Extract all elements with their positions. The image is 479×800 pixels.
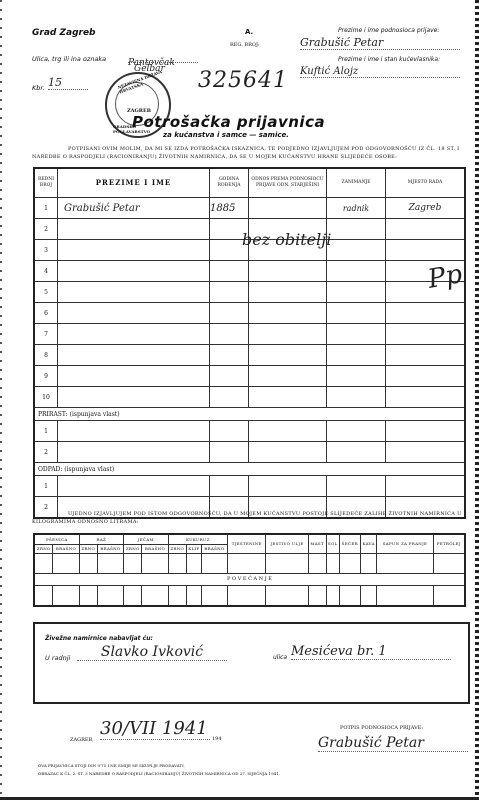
- sub-flour: BRAŠNO: [97, 544, 123, 553]
- col-soap: SAPUN ZA PRANJE: [377, 534, 433, 553]
- person-occupation[interactable]: radnik: [327, 198, 386, 219]
- supply-cell[interactable]: [186, 585, 201, 606]
- supply-cell[interactable]: [433, 553, 465, 573]
- applicant-field[interactable]: Grabušić Petar: [300, 36, 460, 50]
- group-corn: KUKURUZ: [168, 534, 227, 544]
- sub-grain: ZRNO: [168, 544, 186, 553]
- col-pasta: TJESTENINE: [228, 534, 266, 553]
- house-number-label: Kbr.: [32, 84, 45, 92]
- person-birth-year[interactable]: [210, 421, 249, 442]
- supply-cell[interactable]: [142, 585, 168, 606]
- street-label: Ulica, trg ili ina oznaka: [32, 55, 106, 63]
- sub-flour: BRAŠNO: [201, 544, 227, 553]
- person-occupation[interactable]: [327, 261, 386, 282]
- row-number: 1: [34, 421, 58, 442]
- applicant-label: Prezime i ime podnosioca prijave:: [338, 27, 439, 34]
- person-occupation[interactable]: [327, 421, 386, 442]
- person-workplace[interactable]: [386, 345, 466, 366]
- supplies-increase-row: [34, 585, 465, 606]
- table-row: 2: [34, 442, 465, 463]
- person-workplace[interactable]: [386, 421, 466, 442]
- col-salt: SOL: [326, 534, 339, 553]
- person-workplace[interactable]: [386, 442, 466, 463]
- person-workplace[interactable]: [386, 303, 466, 324]
- col-lard: MAST: [308, 534, 326, 553]
- person-occupation[interactable]: [327, 240, 386, 261]
- signature-label: POTPIS PODNOSIOCA PRIJAVE:: [340, 725, 423, 731]
- sub-grain: ZRNO: [79, 544, 97, 553]
- prirast-section-header: PRIRAST: (ispunjava vlast): [34, 408, 465, 421]
- person-workplace[interactable]: [386, 387, 466, 408]
- shop-section: Živežne namirnice nabavljat ću: U radnji…: [33, 622, 470, 704]
- row-number: 10: [34, 387, 58, 408]
- row-number: 2: [34, 442, 58, 463]
- person-workplace[interactable]: [386, 240, 466, 261]
- supplies-intro-text: UJEDNO IZJAVLJUJEM POD ISTOM ODGOVORNOŠĆ…: [32, 510, 466, 526]
- persons-table: REDNI BROJ PREZIME I IME GODINA ROĐENJA …: [33, 167, 466, 519]
- person-relation[interactable]: [249, 387, 327, 408]
- supply-cell[interactable]: [377, 585, 433, 606]
- house-number-value[interactable]: 15: [48, 76, 88, 90]
- header-name: PREZIME I IME: [58, 168, 210, 198]
- row-number: 1: [34, 198, 58, 219]
- supply-cell[interactable]: [168, 585, 186, 606]
- person-relation[interactable]: [249, 261, 327, 282]
- reg-number-label: REG. BROJ:: [230, 42, 259, 48]
- supply-cell[interactable]: [97, 585, 123, 606]
- person-workplace[interactable]: Zagreb: [386, 198, 466, 219]
- person-name[interactable]: [58, 421, 210, 442]
- form-title: Potrošačka prijavnica: [132, 113, 325, 131]
- city-heading: Grad Zagreb: [32, 28, 96, 38]
- table-row: 1: [34, 421, 465, 442]
- street-field[interactable]: Pantovčak: [128, 50, 198, 63]
- supply-cell[interactable]: [228, 553, 266, 573]
- person-workplace[interactable]: [386, 219, 466, 240]
- group-rye: RAŽ: [79, 534, 123, 544]
- person-relation[interactable]: [249, 476, 327, 497]
- person-relation[interactable]: [249, 345, 327, 366]
- person-occupation[interactable]: [327, 387, 386, 408]
- handwritten-mark: Pp: [426, 259, 465, 294]
- shop-street-field[interactable]: Mesićeva br. 1: [291, 644, 451, 660]
- person-name[interactable]: [58, 240, 210, 261]
- person-relation[interactable]: [249, 421, 327, 442]
- person-relation[interactable]: [249, 442, 327, 463]
- header-birth-year: GODINA ROĐENJA: [210, 168, 249, 198]
- supply-cell[interactable]: [266, 585, 308, 606]
- person-birth-year[interactable]: [210, 387, 249, 408]
- row-number: 6: [34, 303, 58, 324]
- col-sugar: ŠEĆER: [339, 534, 360, 553]
- sub-cob: KLIP: [186, 544, 201, 553]
- supply-cell[interactable]: [186, 553, 201, 573]
- supply-cell[interactable]: [433, 585, 465, 606]
- col-oil: JESTIVO ULJE: [266, 534, 308, 553]
- sub-flour: BRAŠNO: [142, 544, 168, 553]
- supply-cell[interactable]: [97, 553, 123, 573]
- person-name[interactable]: [58, 366, 210, 387]
- person-birth-year[interactable]: [210, 303, 249, 324]
- person-birth-year[interactable]: [210, 345, 249, 366]
- supply-cell[interactable]: [124, 553, 142, 573]
- person-name[interactable]: [58, 345, 210, 366]
- supplies-stock-row: [34, 553, 465, 573]
- person-birth-year[interactable]: [210, 366, 249, 387]
- serial-number: 325641: [198, 68, 288, 93]
- sub-grain: ZRNO: [34, 544, 53, 553]
- person-birth-year[interactable]: [210, 476, 249, 497]
- supply-cell[interactable]: [339, 553, 360, 573]
- supply-cell[interactable]: [168, 553, 186, 573]
- date-field[interactable]: 30/VII 1941: [100, 718, 210, 740]
- table-row: 6: [34, 303, 465, 324]
- supply-cell[interactable]: [34, 553, 53, 573]
- supply-cell[interactable]: [79, 553, 97, 573]
- supply-cell[interactable]: [142, 553, 168, 573]
- person-workplace[interactable]: [386, 324, 466, 345]
- supply-cell[interactable]: [266, 553, 308, 573]
- table-row: 4: [34, 261, 465, 282]
- person-relation[interactable]: [249, 366, 327, 387]
- supply-cell[interactable]: [361, 585, 377, 606]
- header-occupation: ZANIMANJE: [327, 168, 386, 198]
- shop-street-label: ulica: [273, 654, 287, 661]
- sub-grain: ZRNO: [124, 544, 142, 553]
- group-wheat: PŠENICA: [34, 534, 79, 544]
- table-row: 1 Grabušić Petar 1885 radnik Zagreb: [34, 198, 465, 219]
- person-name[interactable]: [58, 442, 210, 463]
- supply-cell[interactable]: [377, 553, 433, 573]
- odpad-section-header: ODPAD: (ispunjava vlast): [34, 463, 465, 476]
- person-relation[interactable]: [249, 303, 327, 324]
- person-name[interactable]: [58, 303, 210, 324]
- row-number: 4: [34, 261, 58, 282]
- person-workplace[interactable]: [386, 476, 466, 497]
- col-petroleum: PETROLEJ: [433, 534, 465, 553]
- supply-cell[interactable]: [308, 585, 326, 606]
- supplies-table: PŠENICA RAŽ JEČAM KUKURUZ TJESTENINE JES…: [33, 533, 466, 607]
- regulation-note: OBRAZAC K ČL. 2. ST. 3 NAREDBE O RASPODJ…: [38, 771, 280, 776]
- person-name[interactable]: [58, 219, 210, 240]
- row-number: 1: [34, 476, 58, 497]
- person-name[interactable]: [58, 387, 210, 408]
- table-row: 9: [34, 366, 465, 387]
- supply-cell[interactable]: [53, 553, 79, 573]
- scan-edge-left: [0, 0, 2, 800]
- person-relation[interactable]: [249, 282, 327, 303]
- row-number: 2: [34, 219, 58, 240]
- table-row: 1: [34, 476, 465, 497]
- price-note: OVA PRIJAVNICA STOJI DIN 0'75 I NE SMIJE…: [38, 763, 185, 768]
- supply-cell[interactable]: [124, 585, 142, 606]
- supply-cell[interactable]: [228, 585, 266, 606]
- person-birth-year[interactable]: [210, 282, 249, 303]
- supply-cell[interactable]: [201, 585, 227, 606]
- group-barley: JEČAM: [124, 534, 168, 544]
- person-name[interactable]: Grabušić Petar: [58, 198, 210, 219]
- persons-header-row: REDNI BROJ PREZIME I IME GODINA ROĐENJA …: [34, 168, 465, 198]
- owner-label: Prezime i ime i stan kućevlasnika:: [338, 56, 440, 63]
- person-occupation[interactable]: [327, 476, 386, 497]
- intro-text: POTPISANI OVIM MOLIM, DA MI SE IZDA POTR…: [32, 145, 466, 161]
- supply-cell[interactable]: [326, 585, 339, 606]
- col-coffee: KAVA: [361, 534, 377, 553]
- table-row: 5: [34, 282, 465, 303]
- row-number: 5: [34, 282, 58, 303]
- person-name[interactable]: [58, 261, 210, 282]
- person-occupation[interactable]: [327, 219, 386, 240]
- supply-cell[interactable]: [361, 553, 377, 573]
- person-birth-year[interactable]: [210, 261, 249, 282]
- supply-cell[interactable]: [34, 585, 53, 606]
- supply-cell[interactable]: [79, 585, 97, 606]
- shop-name-field[interactable]: Slavko Ivković: [77, 644, 227, 661]
- header-workplace: MJESTO RADA: [386, 168, 466, 198]
- person-occupation[interactable]: [327, 345, 386, 366]
- person-name[interactable]: [58, 324, 210, 345]
- supply-cell[interactable]: [308, 553, 326, 573]
- supply-cell[interactable]: [326, 553, 339, 573]
- supplies-group-header-row: PŠENICA RAŽ JEČAM KUKURUZ TJESTENINE JES…: [34, 534, 465, 544]
- person-occupation[interactable]: [327, 282, 386, 303]
- owner-field[interactable]: Kuftić Alojz: [300, 66, 460, 78]
- table-row: 7: [34, 324, 465, 345]
- supply-cell[interactable]: [339, 585, 360, 606]
- person-name[interactable]: [58, 282, 210, 303]
- person-relation[interactable]: [249, 198, 327, 219]
- signature-field[interactable]: Grabušić Petar: [318, 735, 468, 752]
- supply-cell[interactable]: [53, 585, 79, 606]
- shop-label: U radnji: [45, 654, 70, 662]
- form-letter: A.: [245, 28, 253, 36]
- person-occupation[interactable]: [327, 303, 386, 324]
- person-birth-year[interactable]: [210, 324, 249, 345]
- handwritten-note: bez obitelji: [242, 230, 331, 249]
- table-row: 10: [34, 387, 465, 408]
- person-occupation[interactable]: [327, 366, 386, 387]
- person-birth-year[interactable]: 1885: [210, 198, 249, 219]
- shop-section-label: Živežne namirnice nabavljat ću:: [45, 635, 153, 642]
- row-number: 9: [34, 366, 58, 387]
- person-birth-year[interactable]: [210, 442, 249, 463]
- row-number: 8: [34, 345, 58, 366]
- header-relation: ODNOS PREMA PODNOSIOCU PRIJAVE ODN. STAR…: [249, 168, 327, 198]
- sub-flour: BRAŠNO: [53, 544, 79, 553]
- row-number: 3: [34, 240, 58, 261]
- form-subtitle: za kućanstva i samce — samice.: [163, 131, 289, 139]
- year-suffix: 194: [212, 736, 222, 742]
- header-no: REDNI BROJ: [34, 168, 58, 198]
- person-relation[interactable]: [249, 324, 327, 345]
- supply-cell[interactable]: [201, 553, 227, 573]
- person-occupation[interactable]: [327, 442, 386, 463]
- person-workplace[interactable]: [386, 366, 466, 387]
- row-number: 7: [34, 324, 58, 345]
- person-name[interactable]: [58, 476, 210, 497]
- person-occupation[interactable]: [327, 324, 386, 345]
- table-row: 8: [34, 345, 465, 366]
- place-label: ZAGREB,: [70, 737, 94, 743]
- scan-edge-right: [475, 0, 479, 800]
- increase-section-header: P O V E Ć A N J E: [34, 573, 465, 585]
